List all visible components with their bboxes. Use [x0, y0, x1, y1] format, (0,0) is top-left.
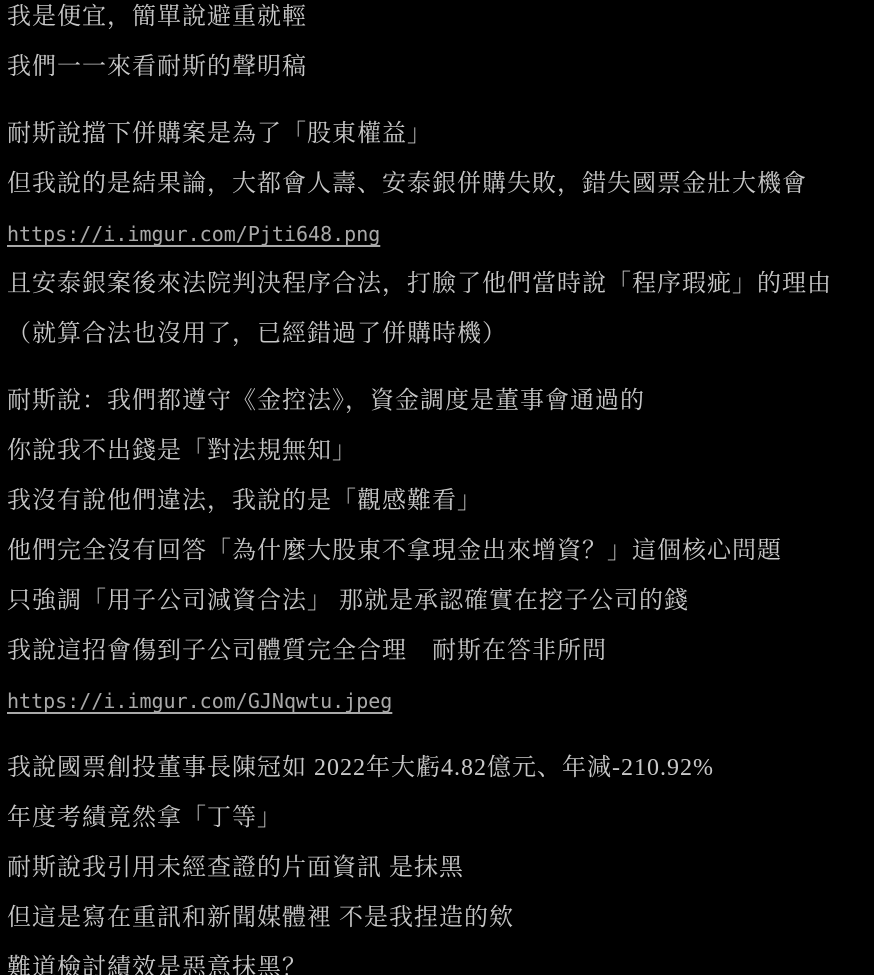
post-content: 我是便宜，簡單說避重就輕我們一一來看耐斯的聲明稿耐斯說擋下併購案是為了「股東權益…	[7, 2, 874, 975]
post-line: 耐斯說：我們都遵守《金控法》，資金調度是董事會通過的	[7, 386, 874, 416]
post-line: https://i.imgur.com/GJNqwtu.jpeg	[7, 686, 874, 716]
post-line: 耐斯說我引用未經查證的片面資訊 是抹黑	[7, 853, 874, 883]
blank-line	[7, 736, 874, 753]
post-line: 你說我不出錢是「對法規無知」	[7, 436, 874, 466]
imgur-link[interactable]: https://i.imgur.com/GJNqwtu.jpeg	[7, 689, 392, 713]
post-line: 我是便宜，簡單說避重就輕	[7, 2, 874, 32]
blank-line	[7, 369, 874, 386]
post-line: 但我說的是結果論，大都會人壽、安泰銀併購失敗，錯失國票金壯大機會	[7, 169, 874, 199]
post-line: （就算合法也沒用了，已經錯過了併購時機）	[7, 319, 874, 349]
post-line: 我說國票創投董事長陳冠如 2022年大虧4.82億元、年減-210.92%	[7, 753, 874, 783]
post-line: 但這是寫在重訊和新聞媒體裡 不是我捏造的欸	[7, 903, 874, 933]
post-line: 難道檢討績效是惡意抹黑？	[7, 953, 874, 975]
post-line: 只強調「用子公司減資合法」 那就是承認確實在挖子公司的錢	[7, 586, 874, 616]
post-line: 耐斯說擋下併購案是為了「股東權益」	[7, 119, 874, 149]
post-line: 年度考績竟然拿「丁等」	[7, 803, 874, 833]
post-line: 我說這招會傷到子公司體質完全合理 耐斯在答非所問	[7, 636, 874, 666]
post-line: 我們一一來看耐斯的聲明稿	[7, 52, 874, 82]
post-line: 他們完全沒有回答「為什麼大股東不拿現金出來增資？」這個核心問題	[7, 536, 874, 566]
blank-line	[7, 102, 874, 119]
post-line: 且安泰銀案後來法院判決程序合法，打臉了他們當時說「程序瑕疵」的理由	[7, 269, 874, 299]
post-line: https://i.imgur.com/Pjti648.png	[7, 219, 874, 249]
post-line: 我沒有說他們違法，我說的是「觀感難看」	[7, 486, 874, 516]
imgur-link[interactable]: https://i.imgur.com/Pjti648.png	[7, 222, 380, 246]
